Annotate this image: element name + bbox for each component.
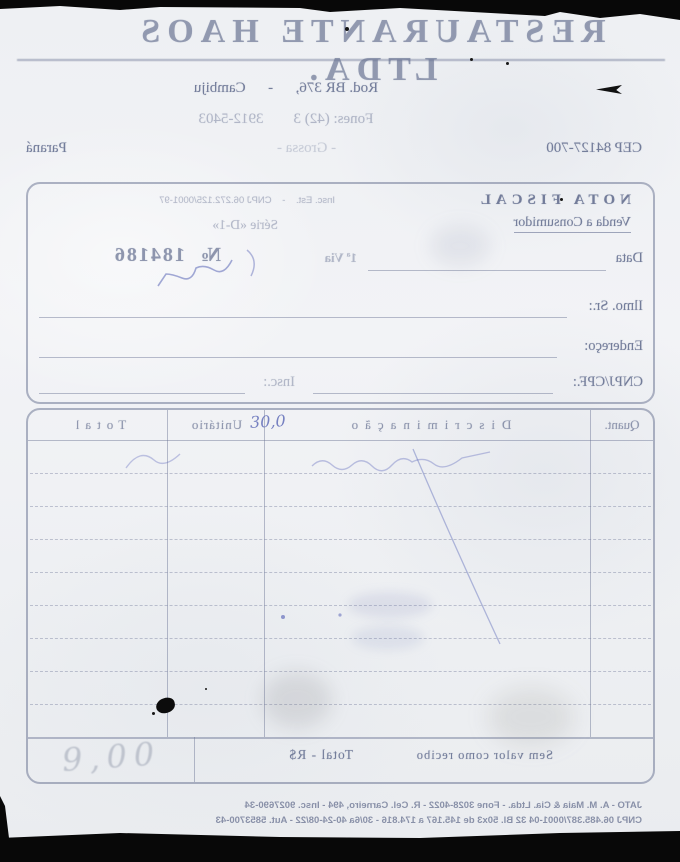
- printer-footer: JATO - A. M. Maia & Cia. Ltda. - Fone 30…: [18, 798, 642, 828]
- date-label: Data: [616, 250, 643, 267]
- scanned-receipt: RESTAURANTE HAOS LTDA. Rod. BR 376, - Ca…: [0, 0, 680, 862]
- handwritten-unit-price: 30,0: [250, 411, 287, 432]
- customer-underline: [39, 317, 567, 318]
- ink-speck: [152, 712, 155, 715]
- state-reg-label: Insc.:: [263, 374, 295, 391]
- table-row: [30, 506, 651, 507]
- col-quantity: Quant.: [591, 417, 653, 433]
- company-name: RESTAURANTE HAOS LTDA.: [90, 13, 650, 89]
- cep-city-state-row: CEP 84127-700 - Grossa - Paraná: [26, 140, 642, 157]
- city-fragment: - Grossa -: [277, 140, 336, 157]
- table-row: [30, 539, 651, 540]
- via-label: 1ª Via: [325, 250, 357, 266]
- date-underline: [368, 270, 606, 271]
- number-symbol: №: [199, 244, 221, 266]
- registration-line: Insc. Est. - CNPJ 06.272.125/0001-97: [159, 195, 335, 206]
- items-table: Quant. Discriminação Unitário Total Sem …: [26, 408, 655, 784]
- phones-line: Fones: (42) 3 3912-5403: [145, 111, 427, 128]
- address-line: Rod. BR 376, - Cambiju: [92, 80, 480, 97]
- fiscal-info-box: NOTA FISCAL Insc. Est. - CNPJ 06.272.125…: [26, 182, 655, 404]
- footer-note: Sem valor como recibo: [416, 748, 553, 763]
- invoice-number: № 184186: [113, 244, 221, 267]
- cep: CEP 84127-700: [546, 140, 642, 157]
- printer-footer-line1: JATO - A. M. Maia & Cia. Ltda. - Fone 30…: [18, 798, 642, 813]
- header-rule: [17, 59, 665, 61]
- state-reg-underline: [39, 393, 245, 394]
- colsep-1: [590, 410, 591, 737]
- address-label: Endereço:: [584, 338, 643, 355]
- ink-speck: [506, 62, 509, 65]
- table-row: [30, 671, 651, 672]
- table-row: [30, 704, 651, 705]
- mirrored-print-layer: RESTAURANTE HAOS LTDA. Rod. BR 376, - Ca…: [0, 0, 680, 862]
- ink-speck: [345, 27, 349, 31]
- series-label: Série «D-1»: [212, 217, 278, 233]
- col-total: Total: [28, 417, 168, 433]
- ink-speck: [470, 58, 473, 61]
- number-value: 184186: [113, 244, 185, 266]
- total-label: Total - R$: [288, 747, 353, 763]
- printer-footer-line2: CNPJ 06.485.387/0001-04 32 Bl. 50x3 de 1…: [18, 813, 642, 828]
- state: Paraná: [26, 140, 67, 157]
- table-row: [30, 473, 651, 474]
- ink-speck: [560, 198, 563, 201]
- table-header-rule: [28, 440, 653, 441]
- address-underline: [39, 357, 557, 358]
- table-row: [30, 605, 651, 606]
- tax-id-underline: [313, 393, 553, 394]
- ink-speck: [205, 688, 207, 690]
- handwritten-total-amount: 9,00: [61, 735, 163, 780]
- venda-consumidor-label: Venda a Consumidor: [514, 215, 631, 233]
- colsep-3: [167, 410, 168, 737]
- table-row: [30, 638, 651, 639]
- nota-fiscal-title: NOTA FISCAL: [476, 192, 631, 209]
- col-description: Discriminação: [265, 417, 591, 433]
- colsep-2: [264, 410, 265, 737]
- customer-label: Ilmo. Sr.:: [589, 298, 643, 315]
- table-row: [30, 572, 651, 573]
- tax-id-label: CNPJ/CPF.:: [573, 374, 643, 391]
- colsep-total: [194, 737, 195, 782]
